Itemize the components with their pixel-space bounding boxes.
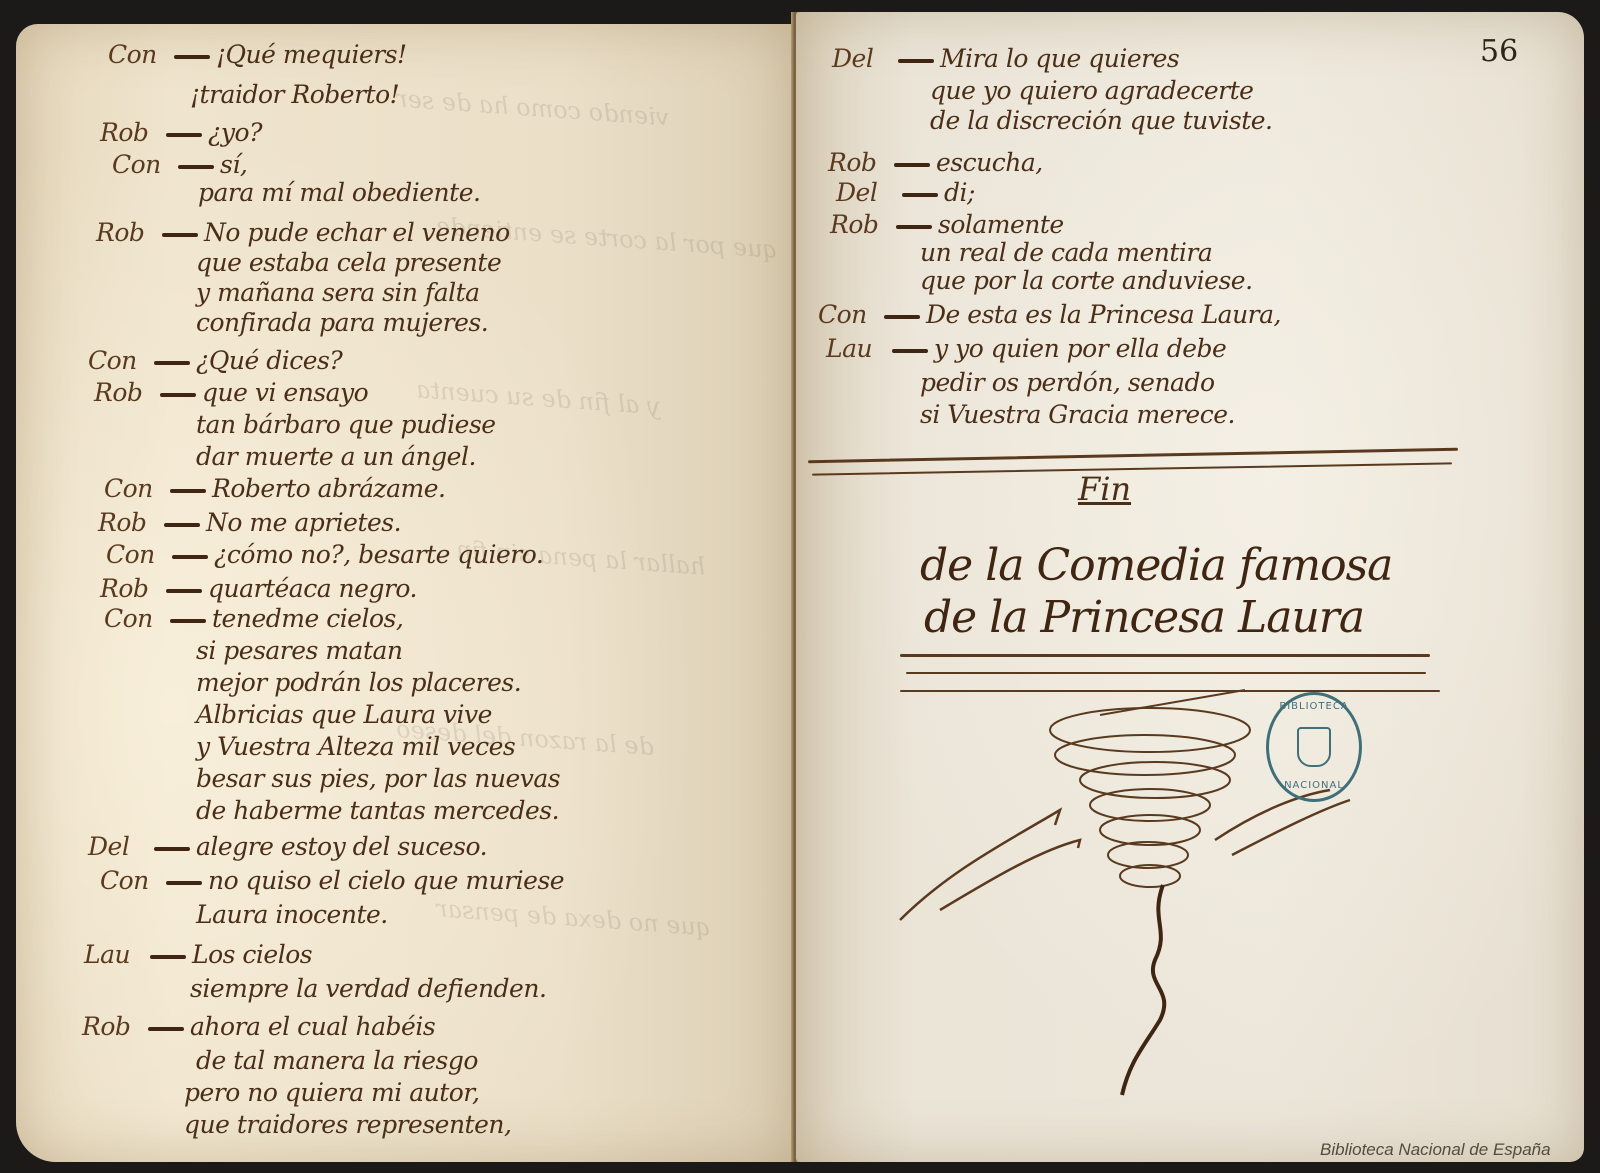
library-stamp: BIBLIOTECA NACIONAL (1266, 692, 1362, 802)
coat-of-arms-icon (1297, 727, 1331, 767)
spiral-flourish-drawing (0, 0, 1600, 1173)
watermark-credit: Biblioteca Nacional de España (1320, 1140, 1551, 1160)
manuscript-spread: viendo como ha de ser que por la corte s… (0, 0, 1600, 1173)
stamp-top-text: BIBLIOTECA (1269, 701, 1359, 712)
stamp-bottom-text: NACIONAL (1269, 780, 1359, 791)
